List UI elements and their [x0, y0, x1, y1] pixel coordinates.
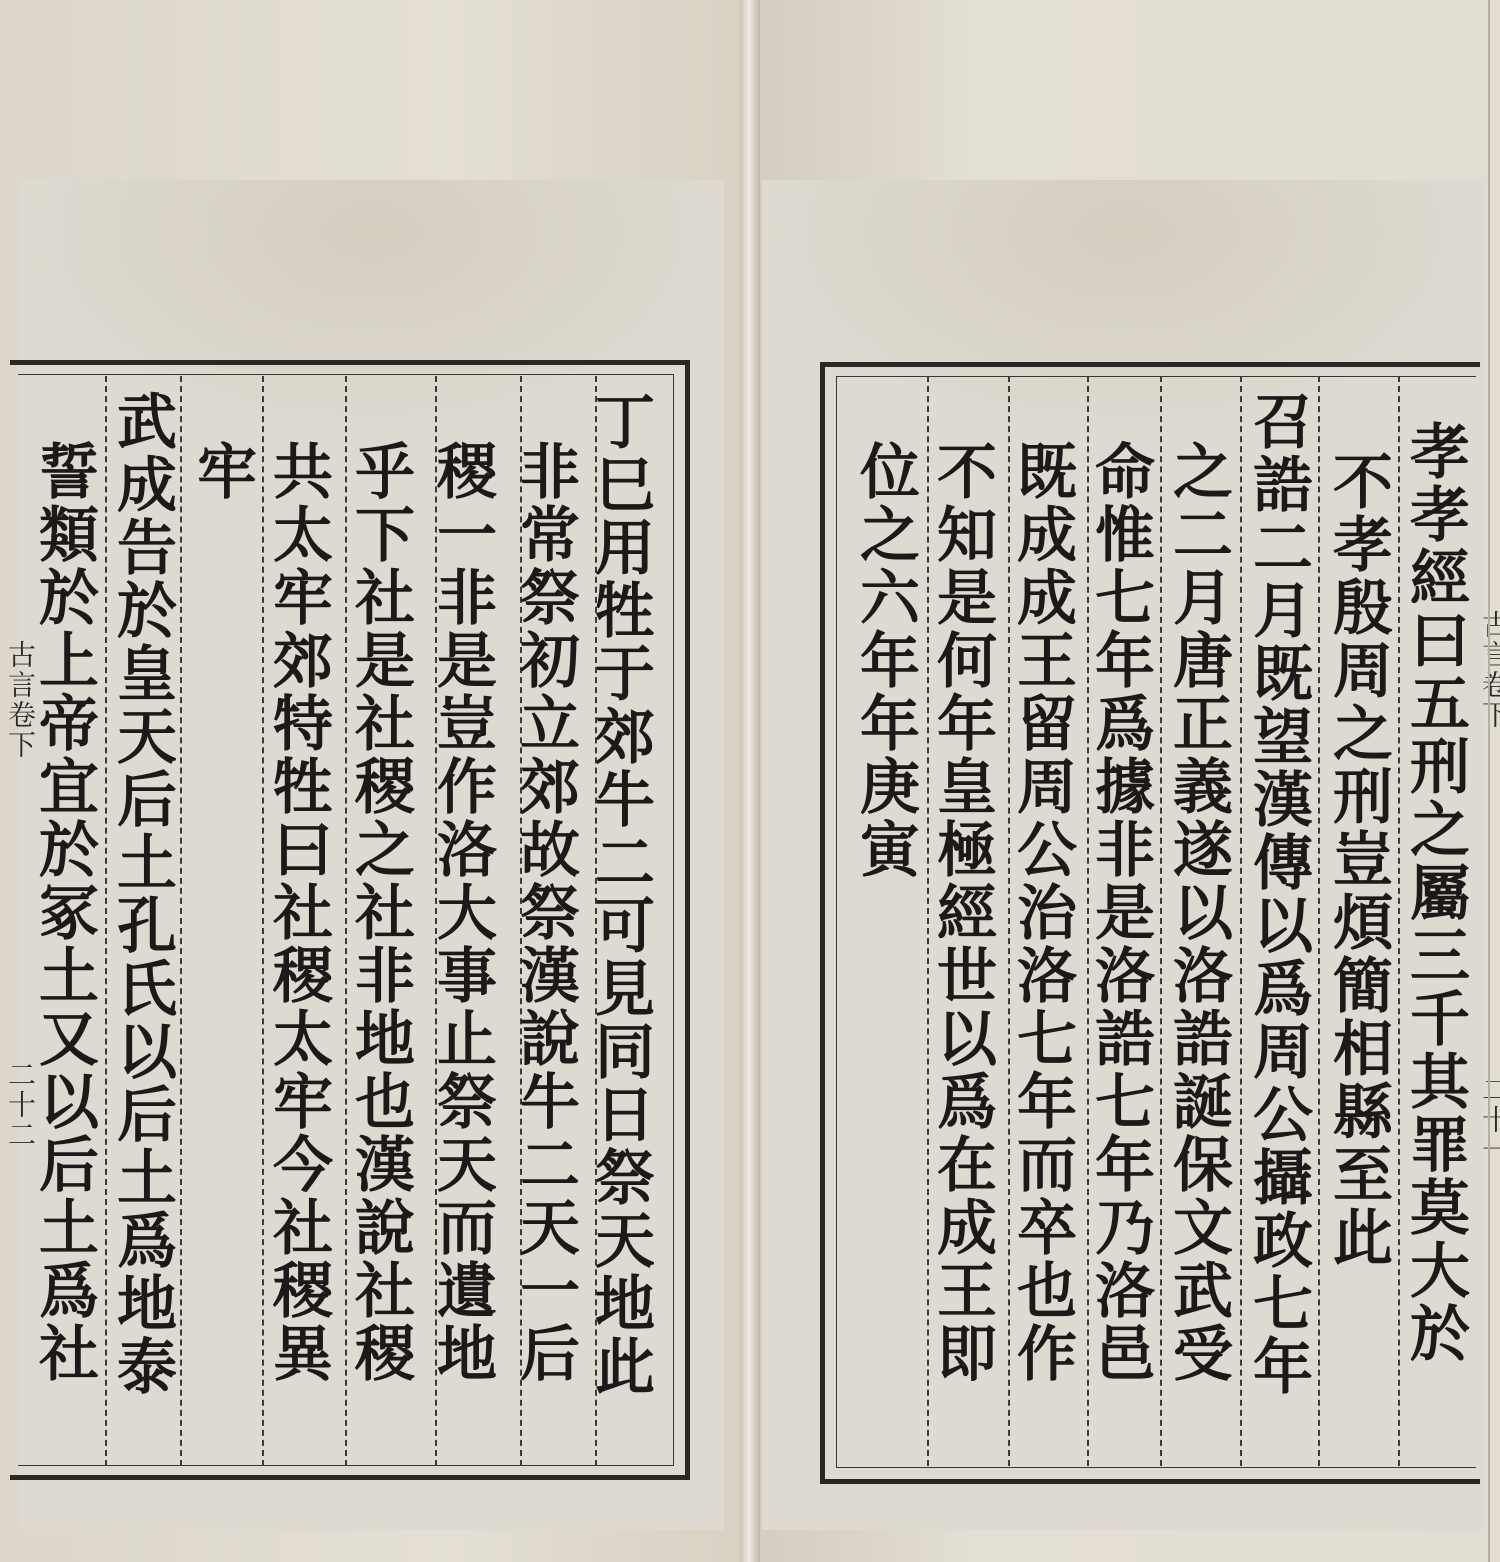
margin-title: 古言卷下 [0, 640, 40, 760]
margin-title: 古言卷下 [1474, 610, 1500, 730]
text-column: 命惟七年爲據非是洛誥七年乃洛邑 [1090, 440, 1150, 1385]
page-edge [1488, 0, 1490, 1562]
text-column: 丁巳用牲于郊牛二可見同日祭天地此 [590, 390, 650, 1398]
text-column: 位之六年年庚寅 [855, 440, 915, 881]
column-rule [1240, 376, 1242, 1466]
text-column: 不知是何年皇極經世以爲在成王即 [932, 440, 992, 1385]
book-gutter [740, 0, 760, 1562]
text-column: 共太牢郊特牲曰社稷太牢今社稷異 [268, 440, 328, 1385]
text-column: 稷一非是豈作洛大事止祭天而遺地 [432, 440, 492, 1385]
text-column: 非常祭初立郊故祭漢說牛二天一后 [515, 440, 575, 1385]
margin-page-number: 二十一 [1474, 1075, 1500, 1165]
text-column: 之二月唐正義遂以洛誥誕保文武受 [1168, 440, 1228, 1385]
text-column: 既成成王留周公治洛七年而卒也作 [1012, 440, 1072, 1385]
text-column: 不孝殷周之刑豈煩簡相縣至此 [1328, 450, 1388, 1269]
text-column: 乎下社是社稷之社非地也漢說社稷 [350, 440, 410, 1385]
column-rule [1160, 376, 1162, 1466]
text-column: 孝孝經曰五刑之屬三千其罪莫大於 [1405, 420, 1465, 1365]
column-rule [1318, 376, 1320, 1466]
text-column: 召誥二月既望漢傳以爲周公攝政七年 [1248, 390, 1308, 1398]
column-rule [180, 376, 182, 1466]
text-column: 武成告於皇天后土孔氏以后土爲地泰 [112, 390, 172, 1398]
text-column: 牢 [192, 440, 252, 503]
text-column: 誓類於上帝宜於冢土又以后土爲社 [34, 440, 94, 1385]
margin-page-number: 二十二 [0, 1060, 40, 1150]
